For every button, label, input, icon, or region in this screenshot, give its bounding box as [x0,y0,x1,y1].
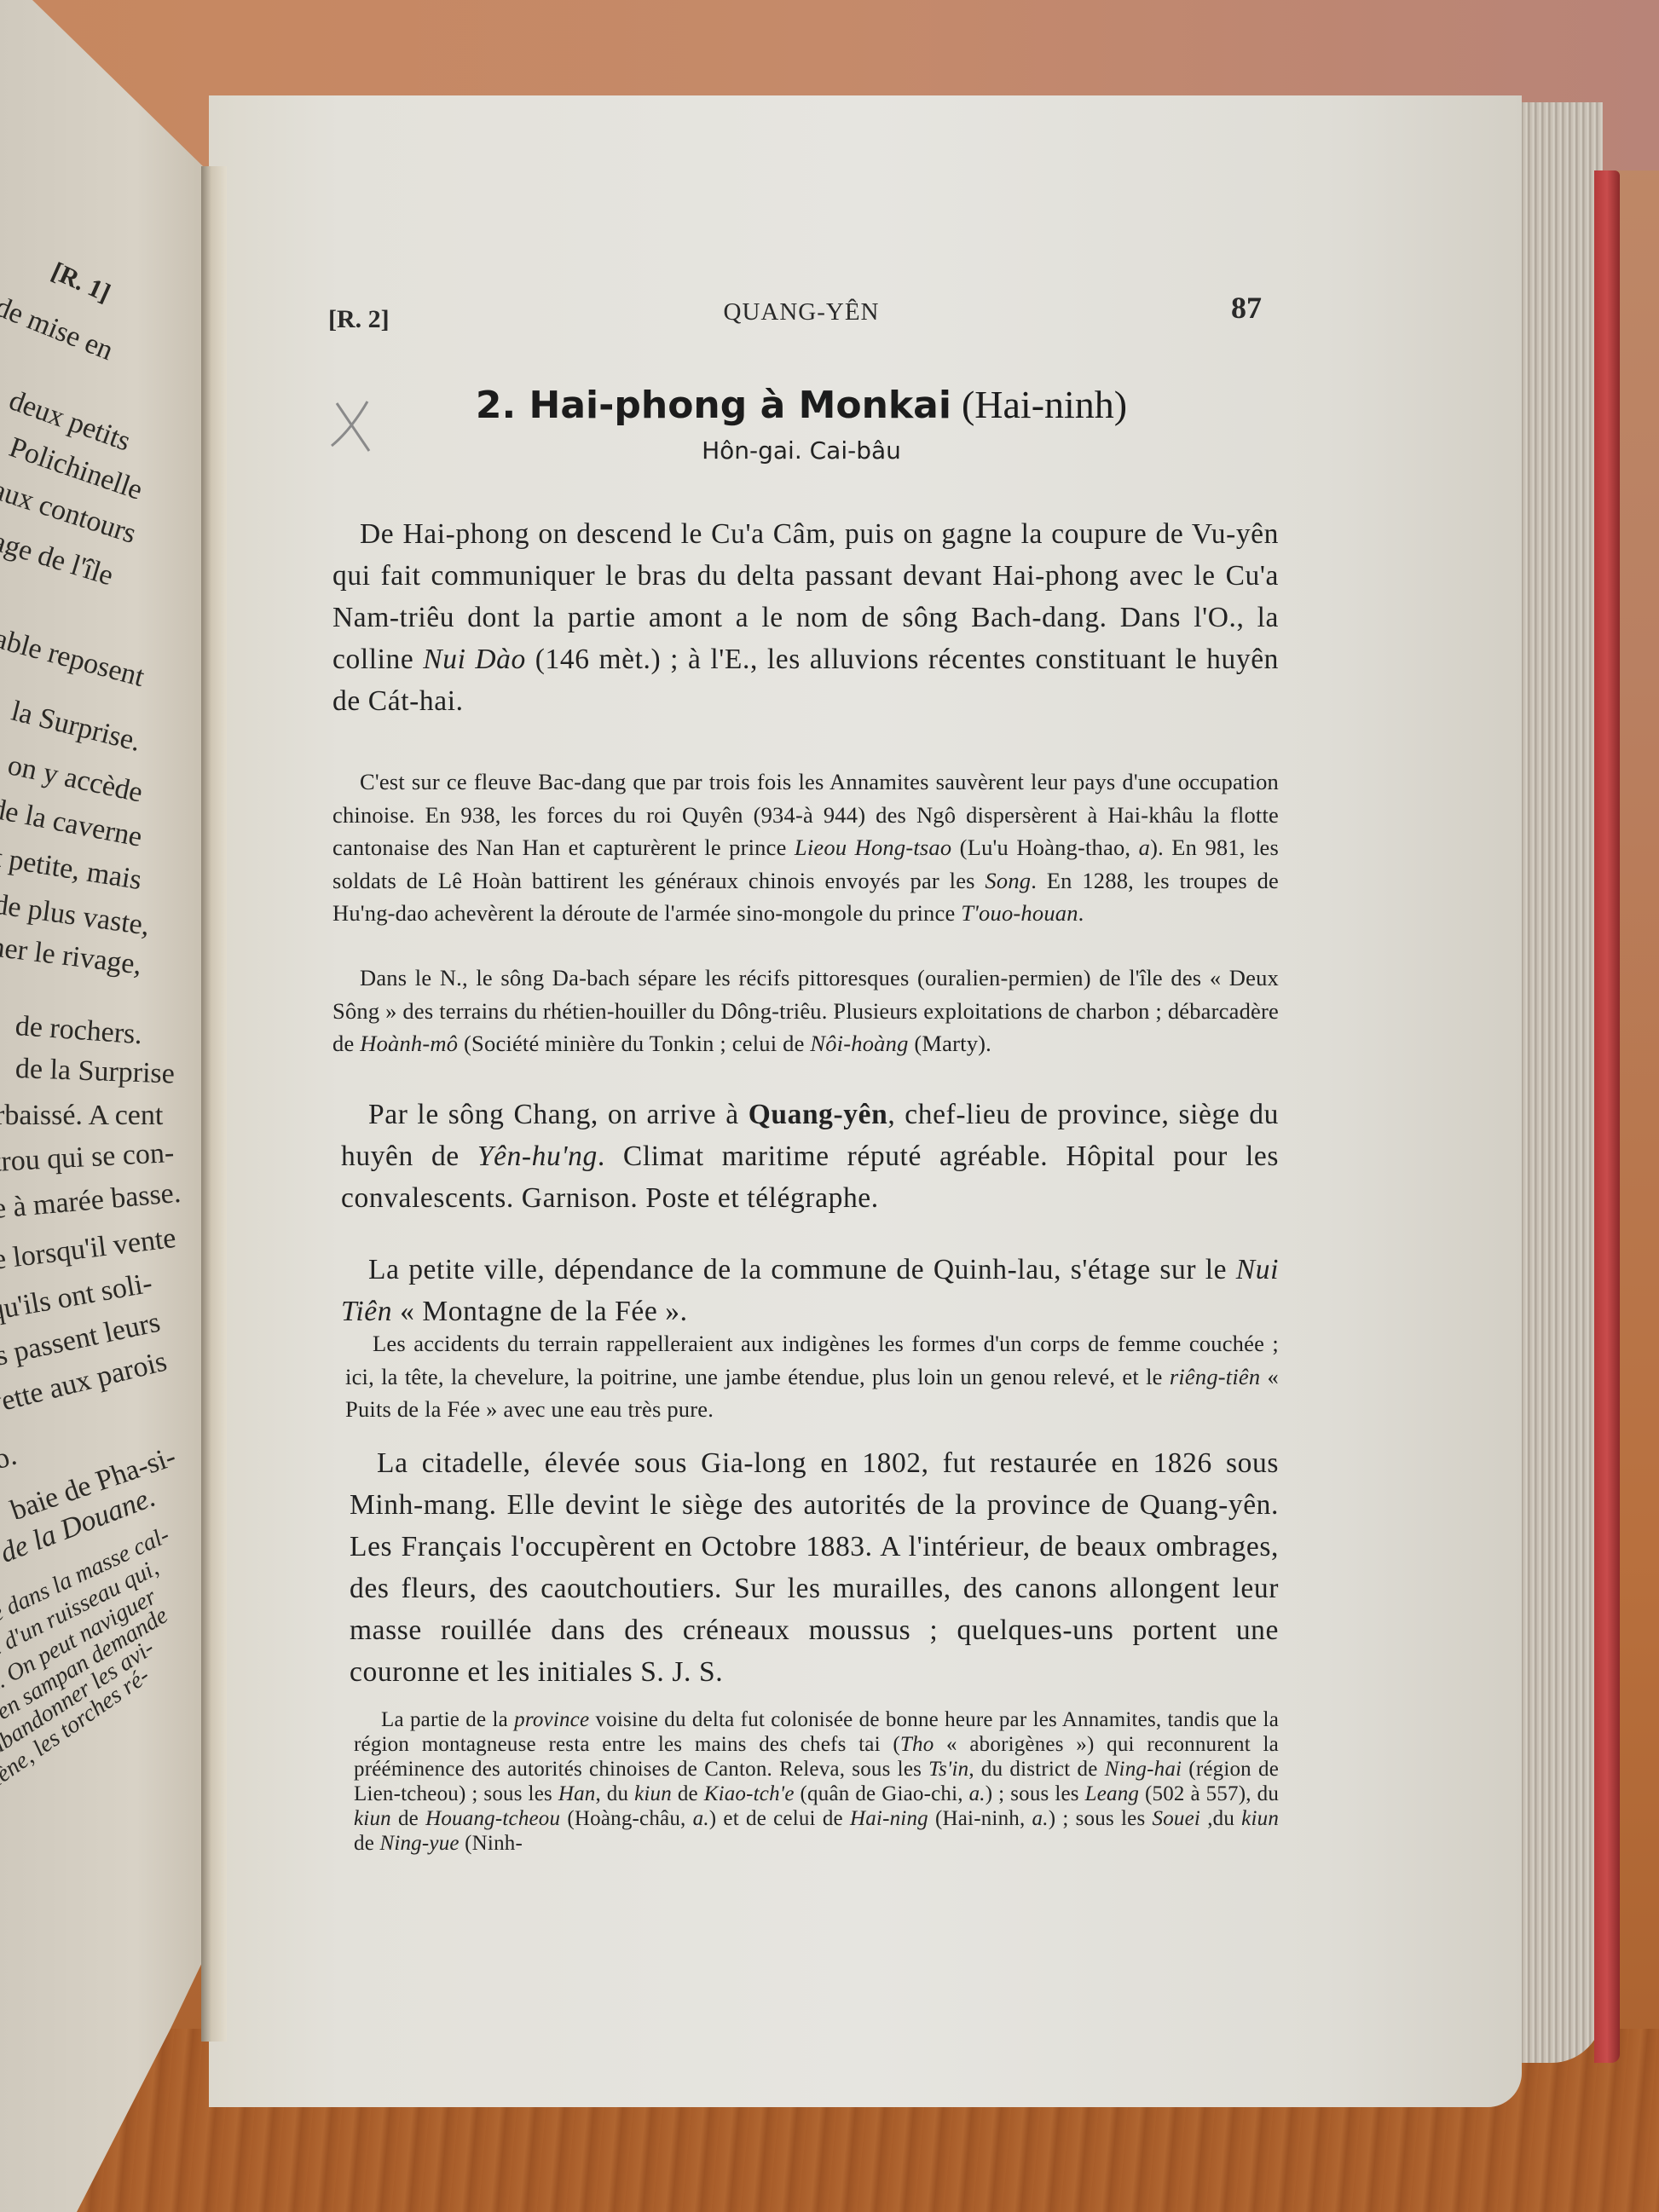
text: (Hai-ninh, [928,1807,1032,1830]
bold-place-name: Quang-yên [749,1099,888,1130]
text: . [1078,900,1084,926]
italic-text: province [514,1708,589,1731]
italic-text: Han [558,1782,596,1805]
text: « Montagne de la Fée ». [392,1296,688,1327]
text: de [391,1807,425,1830]
italic-text: Ning-hai [1105,1758,1182,1781]
paragraph-1: De Hai-phong on descend le Cu'a Câm, pui… [332,513,1279,722]
text: (Société minière du Tonkin ; celui de [458,1031,810,1056]
left-page-header: [R. 1] [47,257,114,308]
text: ) ; sous les [986,1782,1085,1805]
paragraph-8-note: La partie de la province voisine du delt… [354,1707,1279,1856]
left-page-line: de la Surprise [14,1053,175,1091]
text: (Ninh- [460,1832,523,1855]
italic-text: Tho [900,1733,934,1756]
paragraph-2-note: C'est sur ce fleuve Bac-dang que par tro… [332,765,1279,930]
left-page-line: e lorsqu'il vente [0,1222,177,1277]
left-page-line: de rochers. [14,1010,143,1051]
text: La partie de la [381,1708,514,1731]
italic-text: kiun [1241,1807,1279,1830]
section-subtitle: Hôn-gai. Cai-bâu [324,436,1279,465]
italic-text: kiun [354,1807,391,1830]
left-page-line: trou qui se con- [0,1137,175,1179]
left-page-line: rbaissé. A cent [0,1100,163,1132]
italic-text: Nui Dào [423,644,526,675]
italic-text: T'ouo-houan [961,900,1078,926]
text: (Lu'u Hoàng-thao, [951,835,1138,860]
italic-text: a. [1032,1807,1049,1830]
running-head: [R. 2] QUANG-YÊN 87 [324,298,1279,341]
italic-text: Yên-hu'ng [477,1141,598,1172]
italic-text: Kiao-tch'e [704,1782,795,1805]
text: La citadelle, élevée sous Gia-long en 18… [350,1442,1279,1693]
paragraph-7: La citadelle, élevée sous Gia-long en 18… [350,1442,1279,1693]
italic-text: Ning-yue [379,1832,459,1855]
book-cover [1594,170,1620,2063]
section-title-main: 2. Hai-phong à Monkai [476,384,951,427]
italic-text: a. [693,1807,709,1830]
page-number: 87 [1231,290,1262,326]
text: de [354,1832,379,1855]
left-page-line: e à marée basse. [0,1177,182,1226]
text: de [672,1782,704,1805]
text: , du [595,1782,634,1805]
section-title-region: (Hai-ninh) [962,383,1127,426]
text: Par le sông Chang, on arrive à [368,1099,749,1130]
text: ,du [1200,1807,1241,1830]
running-title: QUANG-YÊN [324,298,1279,326]
italic-text: Ts'in [928,1758,968,1781]
text: ) et de celui de [709,1807,850,1830]
text: (Marty). [909,1031,991,1056]
italic-text: Souei [1153,1807,1201,1830]
paragraph-6-note: Les accidents du terrain rappelleraient … [345,1327,1279,1426]
text: ) ; sous les [1049,1807,1153,1830]
italic-text: Nôi-hoàng [810,1031,908,1056]
paragraph-4: Par le sông Chang, on arrive à Quang-yên… [341,1094,1279,1219]
text: (quân de Giao-chi, [795,1782,969,1805]
left-page-line: o. [0,1440,20,1477]
italic-text: Lieou Hong-tsao [795,835,951,860]
italic-text: Song [985,868,1031,893]
italic-text: Houang-tcheou [425,1807,560,1830]
paragraph-3-note: Dans le N., le sông Da-bach sépare les r… [332,962,1279,1060]
text: (Hoàng-châu, [560,1807,692,1830]
italic-text: riêng-tiên [1170,1364,1261,1389]
italic-text: a. [969,1782,986,1805]
italic-text: Leang [1085,1782,1140,1805]
paragraph-5: La petite ville, dépendance de la commun… [341,1249,1279,1332]
text: La petite ville, dépendance de la commun… [368,1254,1236,1285]
italic-text: kiun [634,1782,672,1805]
section-title: 2. Hai-phong à Monkai(Hai-ninh) [324,382,1279,427]
italic-text: a [1139,835,1150,860]
page-edges [1517,102,1603,2063]
text: (502 à 557), du [1139,1782,1279,1805]
book-gutter [201,166,227,2042]
left-page-line: able reposent [0,623,147,694]
text: Les accidents du terrain rappelleraient … [345,1331,1279,1389]
text: , du district de [968,1758,1104,1781]
italic-text: Hoành-mô [360,1031,458,1056]
italic-text: Hai-ning [850,1807,928,1830]
left-page-line: la Surprise. [8,696,143,759]
